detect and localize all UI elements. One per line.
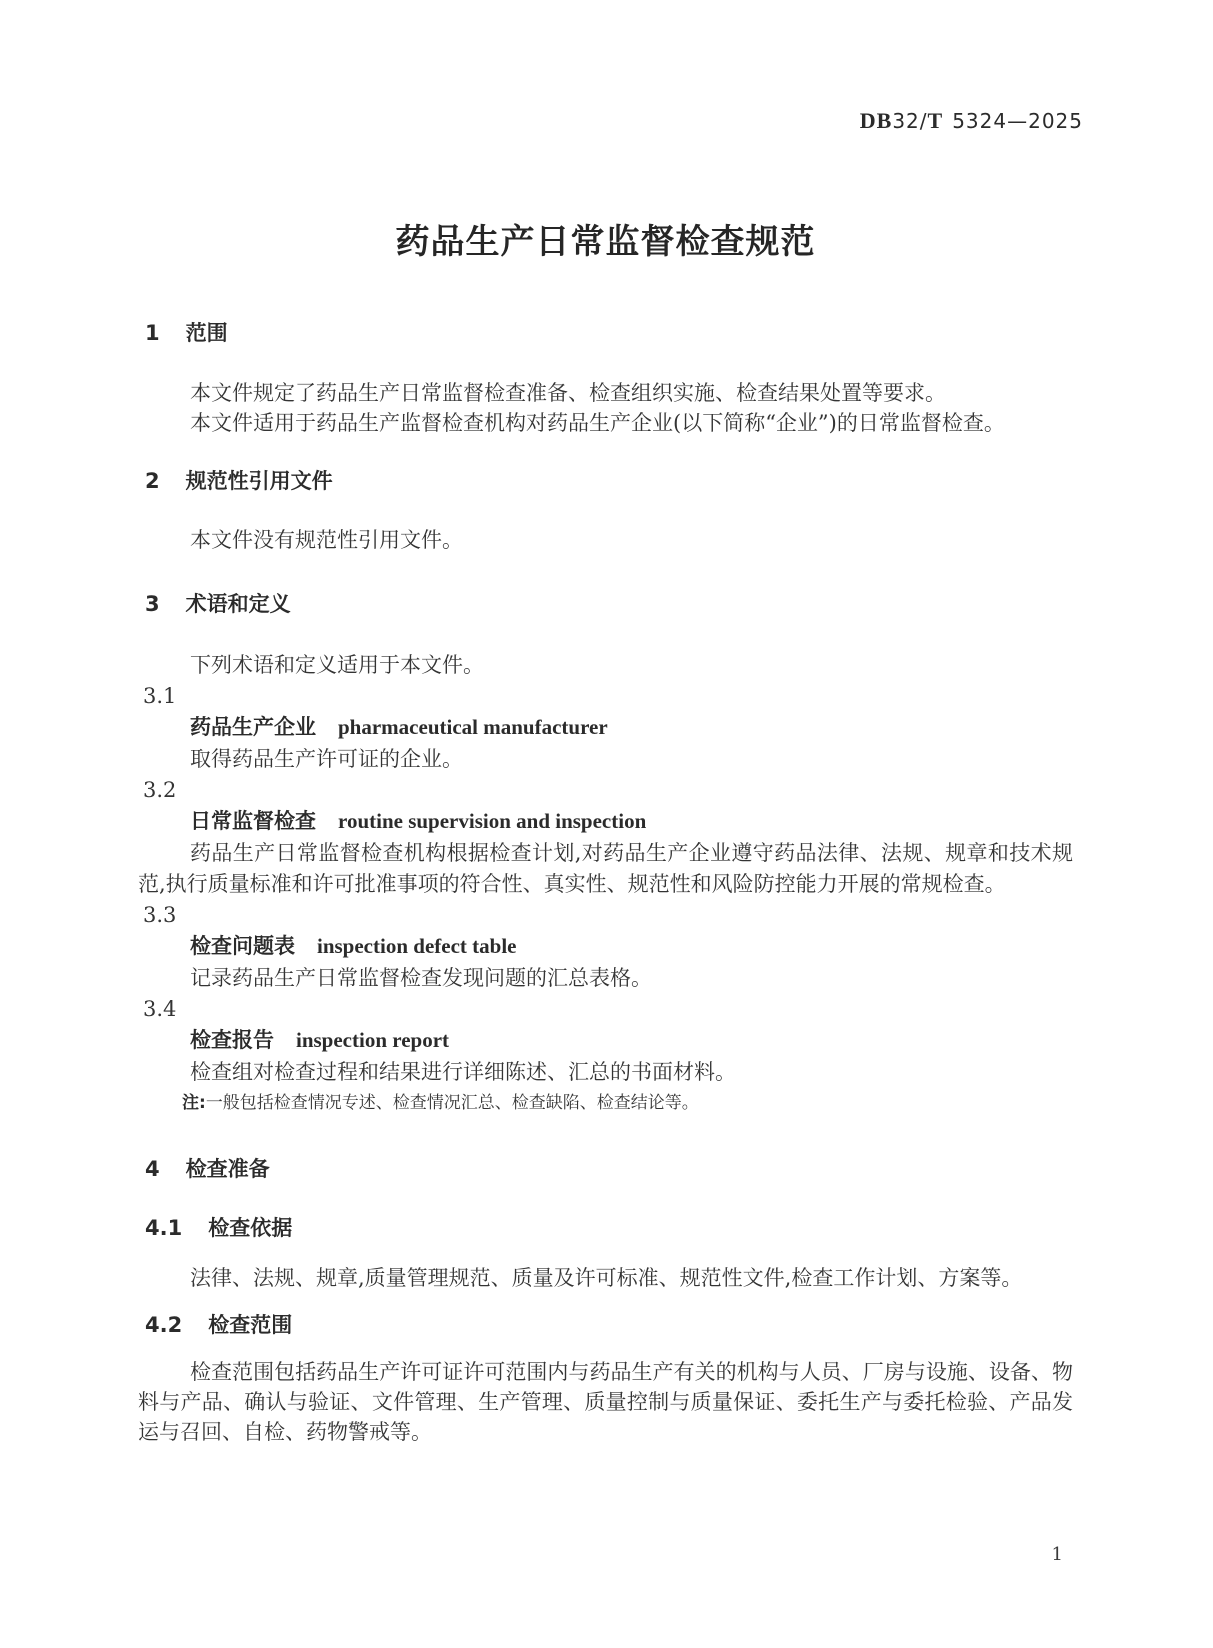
term-head: 检查问题表inspection defect table [138, 931, 1073, 963]
doc-number: DB32/T5324—2025 [860, 108, 1083, 134]
section-4-number: 4 [145, 1155, 160, 1183]
terms-intro: 下列术语和定义适用于本文件。 [138, 650, 1073, 681]
term-number: 3.3 [143, 900, 1073, 931]
term-zh: 检查问题表 [190, 934, 295, 958]
section-2-heading: 2规范性引用文件 [138, 467, 1073, 495]
term-zh: 日常监督检查 [190, 809, 316, 833]
section-4-1-body: 法律、法规、规章,质量管理规范、质量及许可标准、规范性文件,检查工作计划、方案等… [138, 1263, 1073, 1293]
section-3-label: 术语和定义 [186, 592, 291, 616]
term-zh: 药品生产企业 [190, 715, 316, 739]
term-number: 3.4 [143, 994, 1073, 1025]
section-4-2-label: 检查范围 [208, 1313, 292, 1337]
doc-number-year: 5324—2025 [952, 109, 1083, 133]
normative-references-paragraph: 本文件没有规范性引用文件。 [138, 525, 1073, 555]
section-2-number: 2 [145, 467, 160, 495]
term-en: inspection defect table [317, 934, 516, 958]
section-4-2-body: 检查范围包括药品生产许可证许可范围内与药品生产有关的机构与人员、厂房与设施、设备… [138, 1357, 1073, 1447]
term-head: 检查报告inspection report [138, 1025, 1073, 1057]
section-3-number: 3 [145, 590, 160, 618]
inspection-scope-paragraph: 检查范围包括药品生产许可证许可范围内与药品生产有关的机构与人员、厂房与设施、设备… [138, 1357, 1073, 1447]
term-head: 药品生产企业pharmaceutical manufacturer [138, 712, 1073, 744]
doc-number-32: 32/ [892, 109, 927, 133]
inspection-basis-paragraph: 法律、法规、规章,质量管理规范、质量及许可标准、规范性文件,检查工作计划、方案等… [138, 1263, 1073, 1293]
section-2-body: 本文件没有规范性引用文件。 [138, 525, 1073, 555]
term-definition: 取得药品生产许可证的企业。 [138, 744, 1073, 775]
term-number: 3.1 [143, 681, 1073, 712]
section-4-label: 检查准备 [186, 1157, 270, 1181]
term-definition: 检查组对检查过程和结果进行详细陈述、汇总的书面材料。 [138, 1057, 1073, 1088]
page-number: 1 [1052, 1544, 1063, 1566]
term-en: inspection report [296, 1028, 449, 1052]
term-zh: 检查报告 [190, 1028, 274, 1052]
term-en: routine supervision and inspection [338, 809, 646, 833]
note-text: 一般包括检查情况专述、检查情况汇总、检查缺陷、检查结论等。 [206, 1093, 699, 1113]
term-definition: 记录药品生产日常监督检查发现问题的汇总表格。 [138, 963, 1073, 994]
section-4-2-number: 4.2 [145, 1311, 182, 1339]
section-4-1-number: 4.1 [145, 1214, 182, 1242]
section-4-2-heading: 4.2检查范围 [138, 1311, 1073, 1339]
scope-paragraph-2: 本文件适用于药品生产监督检查机构对药品生产企业(以下简称“企业”)的日常监督检查… [138, 408, 1073, 438]
section-4-1-heading: 4.1检查依据 [138, 1214, 1073, 1242]
note-label: 注: [182, 1093, 206, 1113]
term-head: 日常监督检查routine supervision and inspection [138, 806, 1073, 838]
section-1-heading: 1范围 [138, 319, 1073, 347]
section-1-label: 范围 [186, 321, 228, 345]
term-note: 注:一般包括检查情况专述、检查情况汇总、检查缺陷、检查结论等。 [138, 1088, 1073, 1119]
section-3-heading: 3术语和定义 [138, 590, 1073, 618]
section-2-label: 规范性引用文件 [186, 469, 333, 493]
term-definition: 药品生产日常监督检查机构根据检查计划,对药品生产企业遵守药品法律、法规、规章和技… [138, 838, 1073, 900]
scope-paragraph-1: 本文件规定了药品生产日常监督检查准备、检查组织实施、检查结果处置等要求。 [138, 378, 1073, 408]
section-4-1-label: 检查依据 [208, 1216, 292, 1240]
section-4-heading: 4检查准备 [138, 1155, 1073, 1183]
doc-number-db: DB [860, 108, 893, 133]
term-en: pharmaceutical manufacturer [338, 715, 608, 739]
doc-title: 药品生产日常监督检查规范 [138, 220, 1073, 264]
term-number: 3.2 [143, 775, 1073, 806]
section-1-body: 本文件规定了药品生产日常监督检查准备、检查组织实施、检查结果处置等要求。 本文件… [138, 378, 1073, 438]
section-1-number: 1 [145, 319, 160, 347]
terms-and-definitions: 下列术语和定义适用于本文件。 3.1 药品生产企业pharmaceutical … [138, 650, 1073, 1119]
doc-number-t: T [928, 108, 944, 133]
document-page: DB32/T5324—2025 药品生产日常监督检查规范 1范围 本文件规定了药… [0, 0, 1213, 1648]
